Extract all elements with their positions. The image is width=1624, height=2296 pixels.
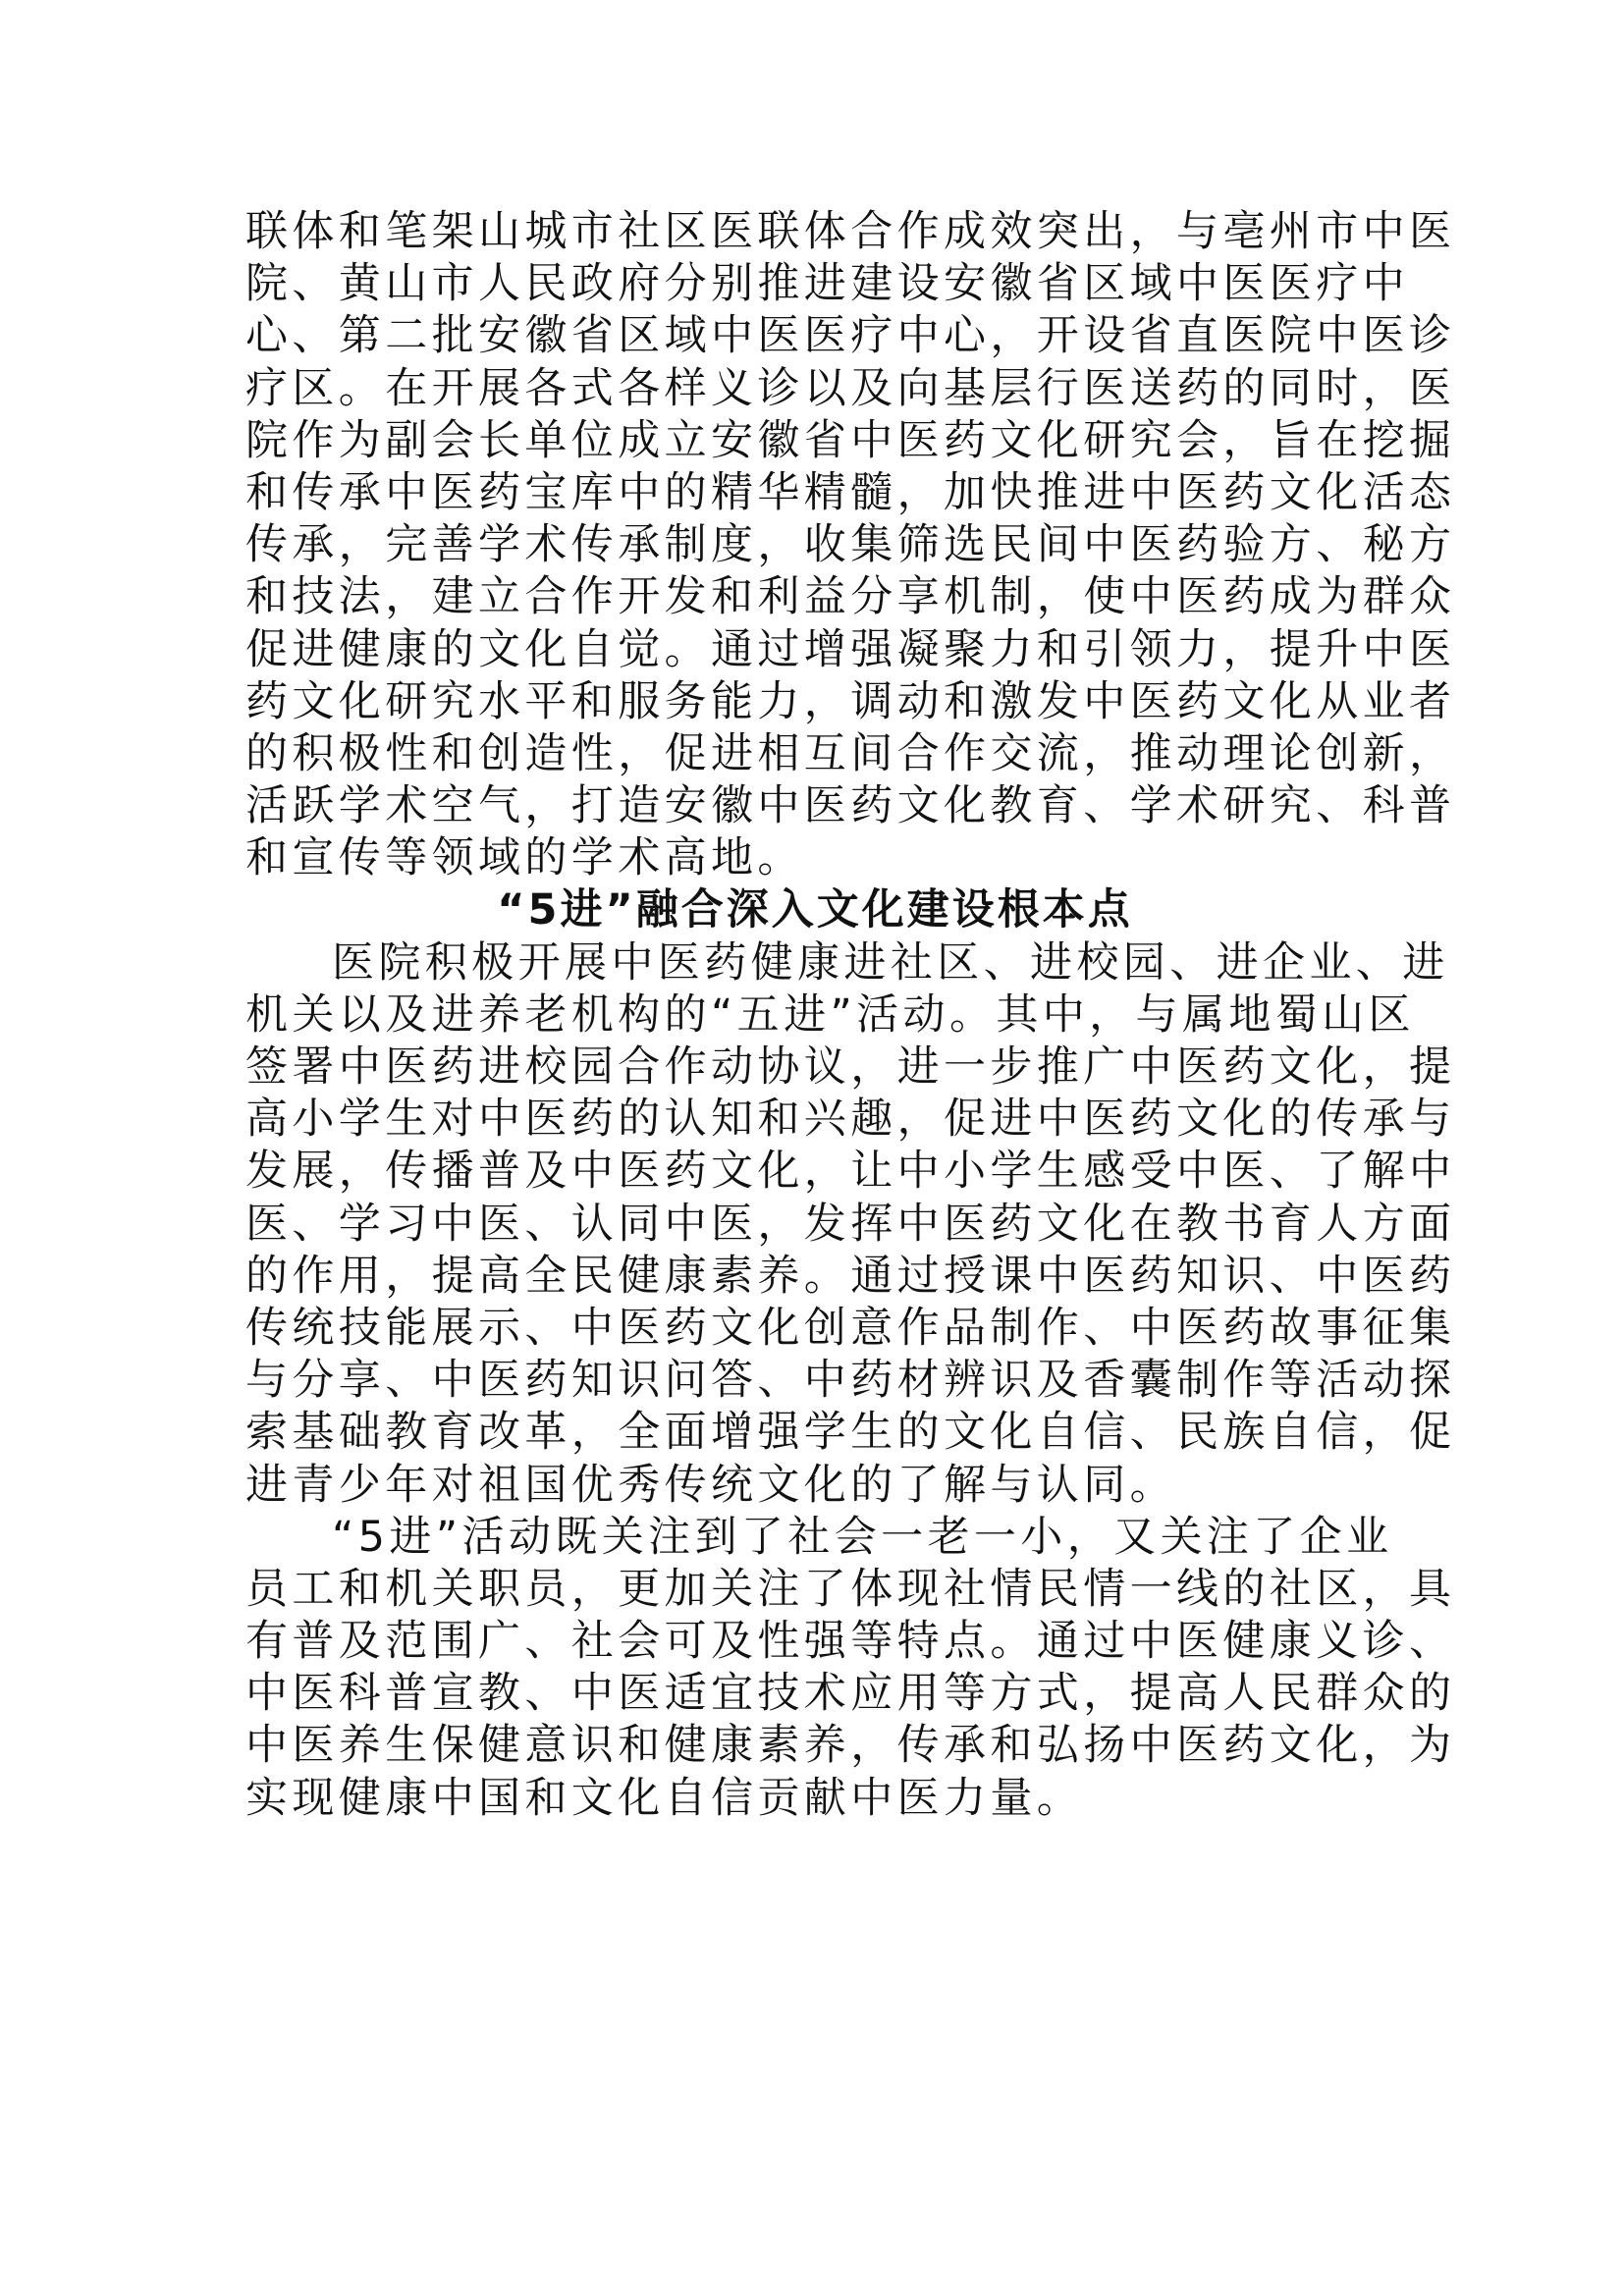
text-line: 进青少年对祖国优秀传统文化的了解与认同。 [245, 1460, 1384, 1512]
text-line: 中医养生保健意识和健康素养，传承和弘扬中医药文化，为 [245, 1720, 1384, 1772]
text-line: 实现健康中国和文化自信贡献中医力量。 [245, 1773, 1384, 1825]
text-line: 院、黄山市人民政府分别推进建设安徽省区域中医医疗中 [245, 258, 1384, 310]
text-line: 员工和机关职员，更加关注了体现社情民情一线的社区，具 [245, 1564, 1384, 1616]
text-line: 联体和笔架山城市社区医联体合作成效突出，与亳州市中医 [245, 206, 1384, 258]
text-line: 中医科普宣教、中医适宜技术应用等方式，提高人民群众的 [245, 1668, 1384, 1720]
text-line: 与分享、中医药知识问答、中药材辨识及香囊制作等活动探 [245, 1355, 1384, 1407]
paragraph-section2: 医院积极开展中医药健康进社区、进校园、进企业、进 机关以及进养老机构的“五进”活… [245, 937, 1384, 1512]
text-line: 和宣传等领域的学术高地。 [245, 832, 1384, 884]
text-line: 心、第二批安徽省区域中医医疗中心，开设省直医院中医诊 [245, 310, 1384, 362]
text-line: 发展，传播普及中医药文化，让中小学生感受中医、了解中 [245, 1146, 1384, 1198]
text-line: 医、学习中医、认同中医，发挥中医药文化在教书育人方面 [245, 1199, 1384, 1251]
text-line: 和技法，建立合作开发和利益分享机制，使中医药成为群众 [245, 571, 1384, 623]
text-line: 院作为副会长单位成立安徽省中医药文化研究会，旨在挖掘 [245, 415, 1384, 467]
text-line: 的作用，提高全民健康素养。通过授课中医药知识、中医药 [245, 1251, 1384, 1303]
text-line: 机关以及进养老机构的“五进”活动。其中，与属地蜀山区 [245, 989, 1384, 1041]
text-line: 签署中医药进校园合作动协议，进一步推广中医药文化，提 [245, 1041, 1384, 1094]
document-page: 联体和笔架山城市社区医联体合作成效突出，与亳州市中医 院、黄山市人民政府分别推进… [245, 206, 1384, 1825]
paragraph-section1: 联体和笔架山城市社区医联体合作成效突出，与亳州市中医 院、黄山市人民政府分别推进… [245, 206, 1384, 884]
text-line: 传承，完善学术传承制度，收集筛选民间中医药验方、秘方 [245, 519, 1384, 571]
text-line: 药文化研究水平和服务能力，调动和激发中医药文化从业者 [245, 676, 1384, 728]
text-line: 索基础教育改革，全面增强学生的文化自信、民族自信，促 [245, 1407, 1384, 1459]
text-line: 和传承中医药宝库中的精华精髓，加快推进中医药文化活态 [245, 467, 1384, 519]
section-heading: “5进”融合深入文化建设根本点 [245, 884, 1384, 936]
text-line: 疗区。在开展各式各样义诊以及向基层行医送药的同时，医 [245, 363, 1384, 415]
paragraph-section3: “5进”活动既关注到了社会一老一小，又关注了企业 员工和机关职员，更加关注了体现… [245, 1512, 1384, 1825]
text-line: 医院积极开展中医药健康进社区、进校园、进企业、进 [245, 937, 1384, 989]
text-line: 的积极性和创造性，促进相互间合作交流，推动理论创新， [245, 728, 1384, 780]
text-line: 促进健康的文化自觉。通过增强凝聚力和引领力，提升中医 [245, 624, 1384, 676]
text-line: 活跃学术空气，打造安徽中医药文化教育、学术研究、科普 [245, 780, 1384, 832]
text-line: “5进”活动既关注到了社会一老一小，又关注了企业 [245, 1512, 1384, 1564]
text-line: 高小学生对中医药的认知和兴趣，促进中医药文化的传承与 [245, 1094, 1384, 1146]
text-line: 传统技能展示、中医药文化创意作品制作、中医药故事征集 [245, 1303, 1384, 1355]
text-line: 有普及范围广、社会可及性强等特点。通过中医健康义诊、 [245, 1616, 1384, 1668]
